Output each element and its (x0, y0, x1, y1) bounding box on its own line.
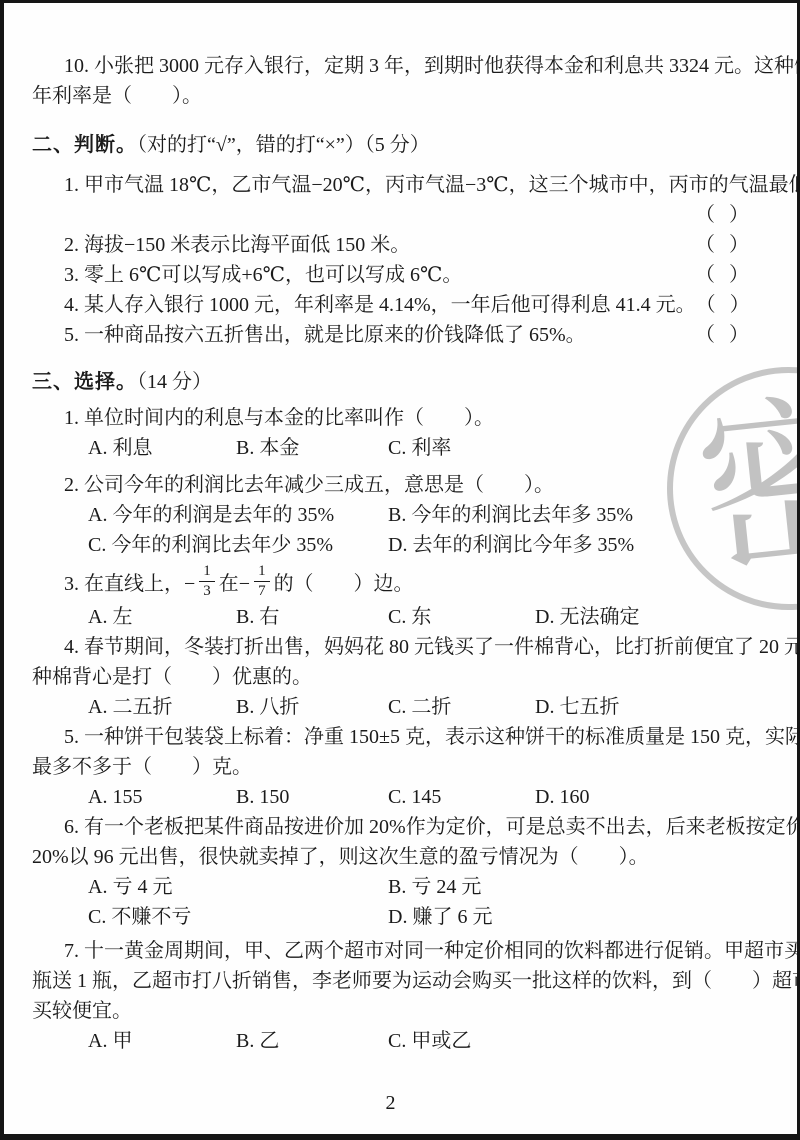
choice-q6-line2: 20%以 96 元出售，很快就卖掉了，则这次生意的盈亏情况为（ ）。 (32, 842, 749, 872)
paren-close: ） (729, 200, 749, 230)
judge-item-4-text: 4. 某人存入银行 1000 元，年利率是 4.14%，一年后他可得利息 41.… (32, 290, 696, 320)
page-number: 2 (32, 1088, 749, 1118)
page-content: 10. 小张把 3000 元存入银行，定期 3 年，到期时他获得本金和利息共 3… (4, 3, 797, 1118)
paren-open: （ (695, 230, 715, 260)
option-d: D. 七五折 (535, 692, 619, 722)
choice-q2-options-row1: A. 今年的利润是去年的 35% B. 今年的利润比去年多 35% (32, 500, 749, 530)
fraction-numerator: 1 (199, 563, 215, 582)
fraction-denominator: 7 (258, 582, 266, 600)
judge-item-5-text: 5. 一种商品按六五折售出，就是比原来的价钱降低了 65%。 (32, 320, 586, 350)
choice-q7-line3: 买较便宜。 (32, 996, 749, 1026)
choice-q2-text: 2. 公司今年的利润比去年减少三成五，意思是（ ）。 (32, 470, 749, 500)
choice-q1-options: A. 利息 B. 本金 C. 利率 (32, 433, 749, 463)
choice-q6-options-row2: C. 不赚不亏 D. 赚了 6 元 (32, 902, 749, 932)
fraction-numerator: 1 (254, 563, 270, 582)
choice-q5-line1: 5. 一种饼干包装袋上标着：净重 150±5 克，表示这种饼干的标准质量是 15… (32, 722, 749, 752)
option-b: B. 右 (236, 602, 388, 632)
choice-section-note: （14 分） (137, 371, 212, 393)
judge-item-4: 4. 某人存入银行 1000 元，年利率是 4.14%，一年后他可得利息 41.… (32, 290, 749, 320)
option-d: D. 无法确定 (535, 602, 639, 632)
question-10-line1: 10. 小张把 3000 元存入银行，定期 3 年，到期时他获得本金和利息共 3… (32, 51, 749, 81)
fraction-one-third: 1 3 (199, 563, 215, 599)
option-a: A. 甲 (88, 1026, 236, 1056)
judge-item-5: 5. 一种商品按六五折售出，就是比原来的价钱降低了 65%。 （） (32, 320, 749, 350)
option-d: D. 去年的利润比今年多 35% (388, 530, 634, 560)
option-a: A. 二五折 (88, 692, 236, 722)
judge-item-2: 2. 海拔−150 米表示比海平面低 150 米。 （） (32, 230, 749, 260)
choice-q3-text: 3. 在直线上，− 1 3 在− 1 7 的（ ）边。 (32, 560, 749, 602)
option-a: A. 左 (88, 602, 236, 632)
q3-prefix: 3. 在直线上，− (64, 567, 195, 596)
choice-section-header: 三、选择。（14 分） (32, 367, 749, 397)
judge-item-3-text: 3. 零上 6℃可以写成+6℃，也可以写成 6℃。 (32, 260, 462, 290)
choice-q7-options: A. 甲 B. 乙 C. 甲或乙 (32, 1026, 749, 1056)
choice-q5-options: A. 155 B. 150 C. 145 D. 160 (32, 782, 749, 812)
choice-q3-options: A. 左 B. 右 C. 东 D. 无法确定 (32, 602, 749, 632)
judge-section-title: 二、判断。 (32, 134, 137, 156)
option-c: C. 今年的利润比去年少 35% (88, 530, 388, 560)
fraction-one-seventh: 1 7 (254, 563, 270, 599)
option-d: D. 赚了 6 元 (388, 902, 492, 932)
choice-q6-options-row1: A. 亏 4 元 B. 亏 24 元 (32, 872, 749, 902)
option-c: C. 东 (388, 602, 535, 632)
choice-q4-line1: 4. 春节期间，冬装打折出售，妈妈花 80 元钱买了一件棉背心，比打折前便宜了 … (32, 632, 749, 662)
choice-q2-options-row2: C. 今年的利润比去年少 35% D. 去年的利润比今年多 35% (32, 530, 749, 560)
paren-close: ） (729, 260, 749, 290)
judge-item-1: 1. 甲市气温 18℃，乙市气温−20℃，丙市气温−3℃，这三个城市中，丙市的气… (32, 170, 749, 200)
q3-suffix: 的（ ）边。 (274, 567, 414, 596)
choice-section-title: 三、选择。 (32, 371, 137, 393)
option-c: C. 利率 (388, 433, 451, 463)
paren-open: （ (695, 320, 715, 350)
option-a: A. 155 (88, 782, 236, 812)
judge-section-header: 二、判断。（对的打“√”，错的打“×”）（5 分） (32, 130, 749, 160)
q3-middle: 在− (219, 567, 250, 596)
judge-item-1-answer-row: （） (32, 200, 749, 230)
paren-close: ） (729, 320, 749, 350)
paren-close: ） (729, 230, 749, 260)
choice-q4-options: A. 二五折 B. 八折 C. 二折 D. 七五折 (32, 692, 749, 722)
choice-q5-line2: 最多不多于（ ）克。 (32, 752, 749, 782)
option-b: B. 乙 (236, 1026, 388, 1056)
option-b: B. 本金 (236, 433, 388, 463)
fraction-denominator: 3 (203, 582, 211, 600)
choice-q4-line2: 种棉背心是打（ ）优惠的。 (32, 662, 749, 692)
answer-blank: （） (696, 290, 750, 320)
choice-q7-line1: 7. 十一黄金周期间，甲、乙两个超市对同一种定价相同的饮料都进行促销。甲超市买 … (32, 936, 749, 966)
question-10-line2: 年利率是（ ）。 (32, 81, 749, 111)
judge-item-3: 3. 零上 6℃可以写成+6℃，也可以写成 6℃。 （） (32, 260, 749, 290)
choice-q7-line2: 瓶送 1 瓶，乙超市打八折销售，李老师要为运动会购买一批这样的饮料，到（ ）超市… (32, 966, 749, 996)
option-b: B. 今年的利润比去年多 35% (388, 500, 633, 530)
option-b: B. 150 (236, 782, 388, 812)
option-d: D. 160 (535, 782, 589, 812)
answer-blank: （） (695, 200, 749, 230)
option-a: A. 今年的利润是去年的 35% (88, 500, 388, 530)
paren-open: （ (695, 260, 715, 290)
option-b: B. 八折 (236, 692, 388, 722)
answer-blank: （） (695, 230, 749, 260)
judge-section-note: （对的打“√”，错的打“×”）（5 分） (137, 134, 430, 156)
choice-q6-line1: 6. 有一个老板把某件商品按进价加 20%作为定价，可是总卖不出去，后来老板按定… (32, 812, 749, 842)
option-c: C. 不赚不亏 (88, 902, 388, 932)
option-a: A. 亏 4 元 (88, 872, 388, 902)
paren-close: ） (730, 290, 750, 320)
option-c: C. 甲或乙 (388, 1026, 471, 1056)
answer-blank: （） (695, 320, 749, 350)
paren-open: （ (696, 290, 716, 320)
option-c: C. 145 (388, 782, 535, 812)
choice-q1-text: 1. 单位时间内的利息与本金的比率叫作（ ）。 (32, 403, 749, 433)
judge-item-2-text: 2. 海拔−150 米表示比海平面低 150 米。 (32, 230, 410, 260)
option-b: B. 亏 24 元 (388, 872, 481, 902)
paren-open: （ (695, 200, 715, 230)
test-paper-page: 密 10. 小张把 3000 元存入银行，定期 3 年，到期时他获得本金和利息共… (0, 0, 800, 1140)
option-a: A. 利息 (88, 433, 236, 463)
option-c: C. 二折 (388, 692, 535, 722)
answer-blank: （） (695, 260, 749, 290)
